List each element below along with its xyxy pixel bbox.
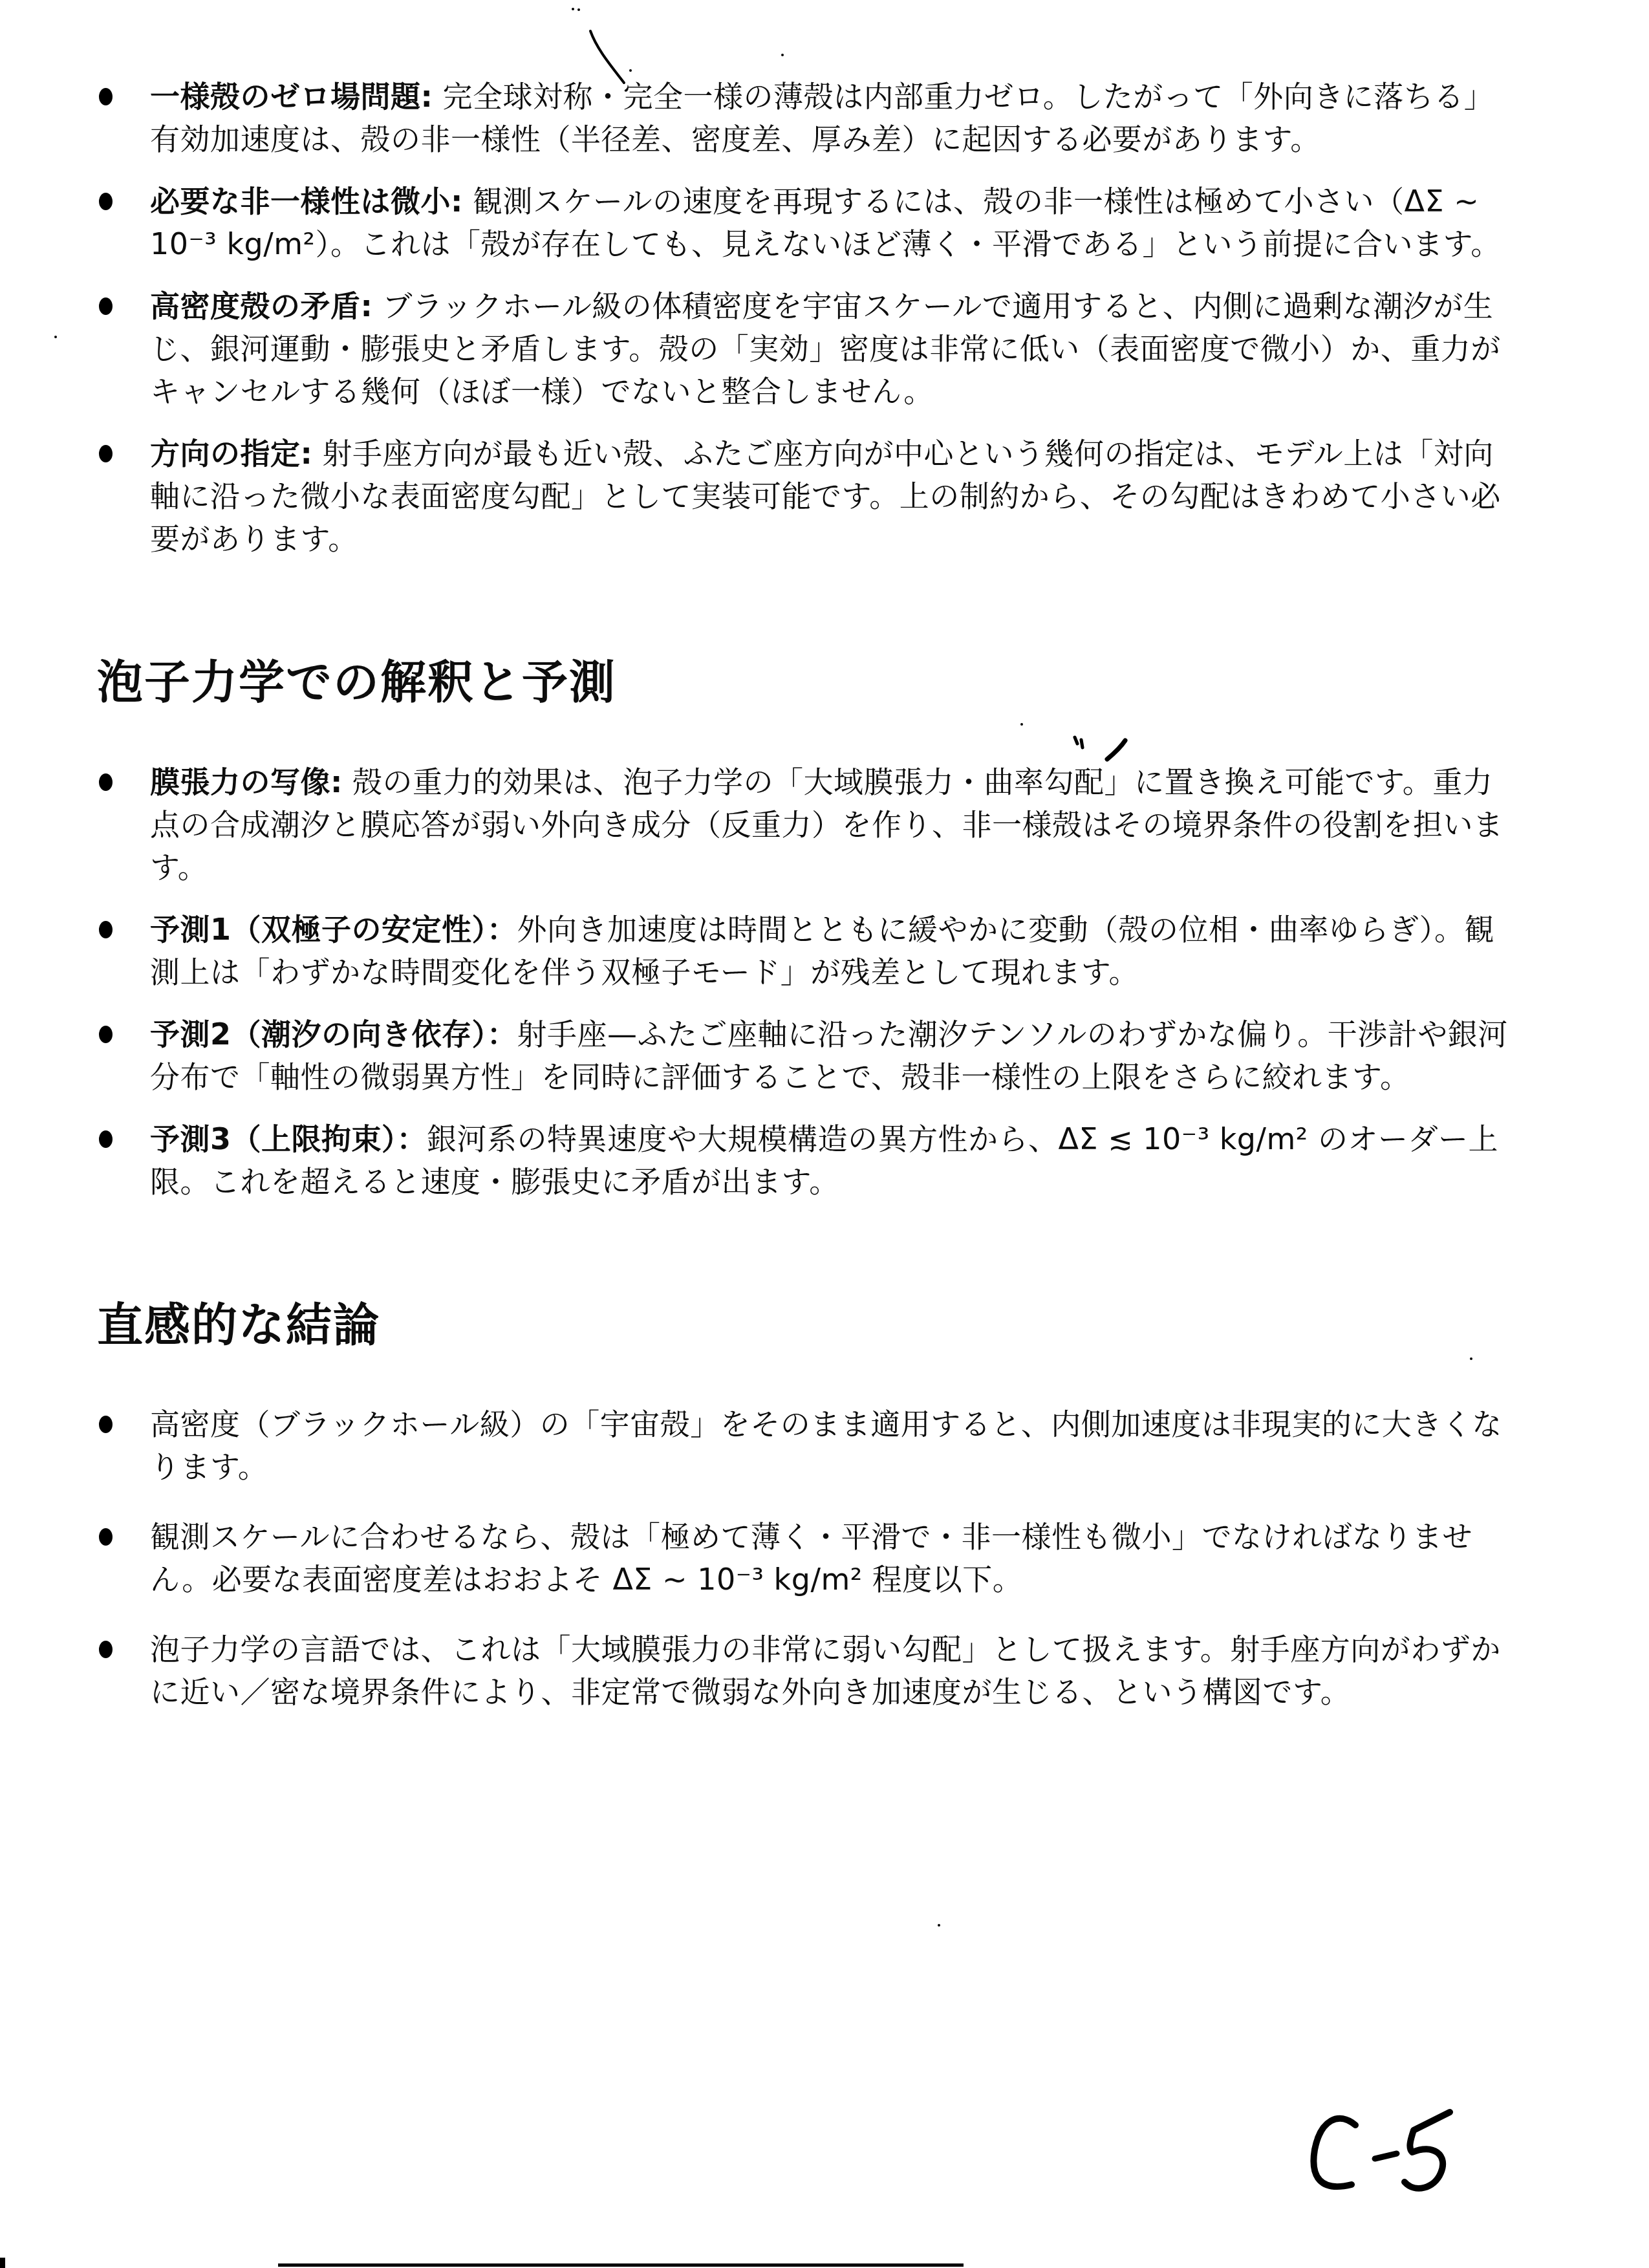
bullet-lead-text: 必要な非一様性は微小:	[150, 184, 463, 219]
bullet-list-conclusions: 高密度（ブラックホール級）の「宇宙殻」をそのまま適用すると、内側加速度は非現実的…	[97, 1403, 1513, 1713]
bullet-lead-text: 予測1（双極子の安定性）：	[150, 912, 517, 947]
bullet-body-text: 殻の重力的効果は、泡子力学の「大域膜張力・曲率勾配」に置き換え可能です。重力点の…	[150, 764, 1503, 885]
bullet-item: 必要な非一様性は微小: 観測スケールの速度を再現するには、殻の非一様性は極めて小…	[97, 180, 1513, 265]
bullet-item: 観測スケールに合わせるなら、殻は「極めて薄く・平滑で・非一様性も微小」でなければ…	[97, 1515, 1513, 1601]
scan-noise-dot	[781, 54, 784, 56]
section-heading-bubble-dynamics: 泡子力学での解釈と予測	[97, 656, 1513, 709]
scan-noise-dot	[1020, 723, 1023, 726]
scan-noise-dot	[577, 8, 580, 11]
bullet-lead-text: 一様殻のゼロ場問題:	[150, 79, 433, 114]
bullet-item: 高密度殻の矛盾: ブラックホール級の体積密度を宇宙スケールで適用すると、内側に過…	[97, 285, 1513, 413]
bullet-lead-text: 膜張力の写像:	[150, 764, 343, 799]
scan-noise-dot	[1470, 1357, 1472, 1360]
scan-noise-dot	[572, 8, 574, 10]
scan-noise-dot	[938, 1924, 940, 1927]
scan-noise-dot	[629, 69, 632, 72]
bullet-lead-text: 予測2（潮汐の向き依存）：	[150, 1017, 517, 1052]
scan-noise-dot	[54, 336, 57, 338]
handwritten-page-label	[1293, 2106, 1481, 2206]
bullet-body-text: 高密度（ブラックホール級）の「宇宙殻」をそのまま適用すると、内側加速度は非現実的…	[150, 1407, 1502, 1484]
section-heading-intuitive-conclusion: 直感的な結論	[97, 1299, 1513, 1352]
bullet-lead-text: 予測3（上限拘束）：	[150, 1121, 427, 1156]
bullet-item: 高密度（ブラックホール級）の「宇宙殻」をそのまま適用すると、内側加速度は非現実的…	[97, 1403, 1513, 1488]
pen-tick-marks	[1067, 731, 1145, 770]
scan-corner-artifact	[0, 2258, 5, 2268]
bullet-body-text: 泡子力学の言語では、これは「大域膜張力の非常に弱い勾配」として扱えます。射手座方…	[150, 1632, 1501, 1709]
bullet-item: 予測3（上限拘束）：銀河系の特異速度や大規模構造の異方性から、ΔΣ ≲ 10⁻³…	[97, 1118, 1513, 1203]
bullet-list-shell-constraints: 一様殻のゼロ場問題: 完全球対称・完全一様の薄殻は内部重力ゼロ。したがって「外向…	[97, 75, 1513, 560]
bullet-lead-text: 方向の指定:	[150, 436, 312, 471]
bullet-item: 予測2（潮汐の向き依存）：射手座—ふたご座軸に沿った潮汐テンソルのわずかな偏り。…	[97, 1013, 1513, 1098]
bullet-body-text: 観測スケールに合わせるなら、殻は「極めて薄く・平滑で・非一様性も微小」でなければ…	[150, 1519, 1472, 1597]
bullet-list-predictions: 膜張力の写像: 殻の重力的効果は、泡子力学の「大域膜張力・曲率勾配」に置き換え可…	[97, 761, 1513, 1203]
document-content: 一様殻のゼロ場問題: 完全球対称・完全一様の薄殻は内部重力ゼロ。したがって「外向…	[97, 75, 1513, 1740]
bullet-item: 予測1（双極子の安定性）：外向き加速度は時間とともに緩やかに変動（殻の位相・曲率…	[97, 908, 1513, 993]
bullet-item: 一様殻のゼロ場問題: 完全球対称・完全一様の薄殻は内部重力ゼロ。したがって「外向…	[97, 75, 1513, 160]
bullet-item: 膜張力の写像: 殻の重力的効果は、泡子力学の「大域膜張力・曲率勾配」に置き換え可…	[97, 761, 1513, 889]
bullet-item: 泡子力学の言語では、これは「大域膜張力の非常に弱い勾配」として扱えます。射手座方…	[97, 1628, 1513, 1713]
bullet-item: 方向の指定: 射手座方向が最も近い殻、ふたご座方向が中心という幾何の指定は、モデ…	[97, 432, 1513, 560]
bullet-lead-text: 高密度殻の矛盾:	[150, 288, 372, 323]
scan-edge-artifact	[278, 2263, 964, 2267]
bullet-body-text: 射手座方向が最も近い殻、ふたご座方向が中心という幾何の指定は、モデル上は「対向軸…	[150, 436, 1501, 556]
scanned-document-page: 一様殻のゼロ場問題: 完全球対称・完全一様の薄殻は内部重力ゼロ。したがって「外向…	[0, 0, 1649, 2268]
